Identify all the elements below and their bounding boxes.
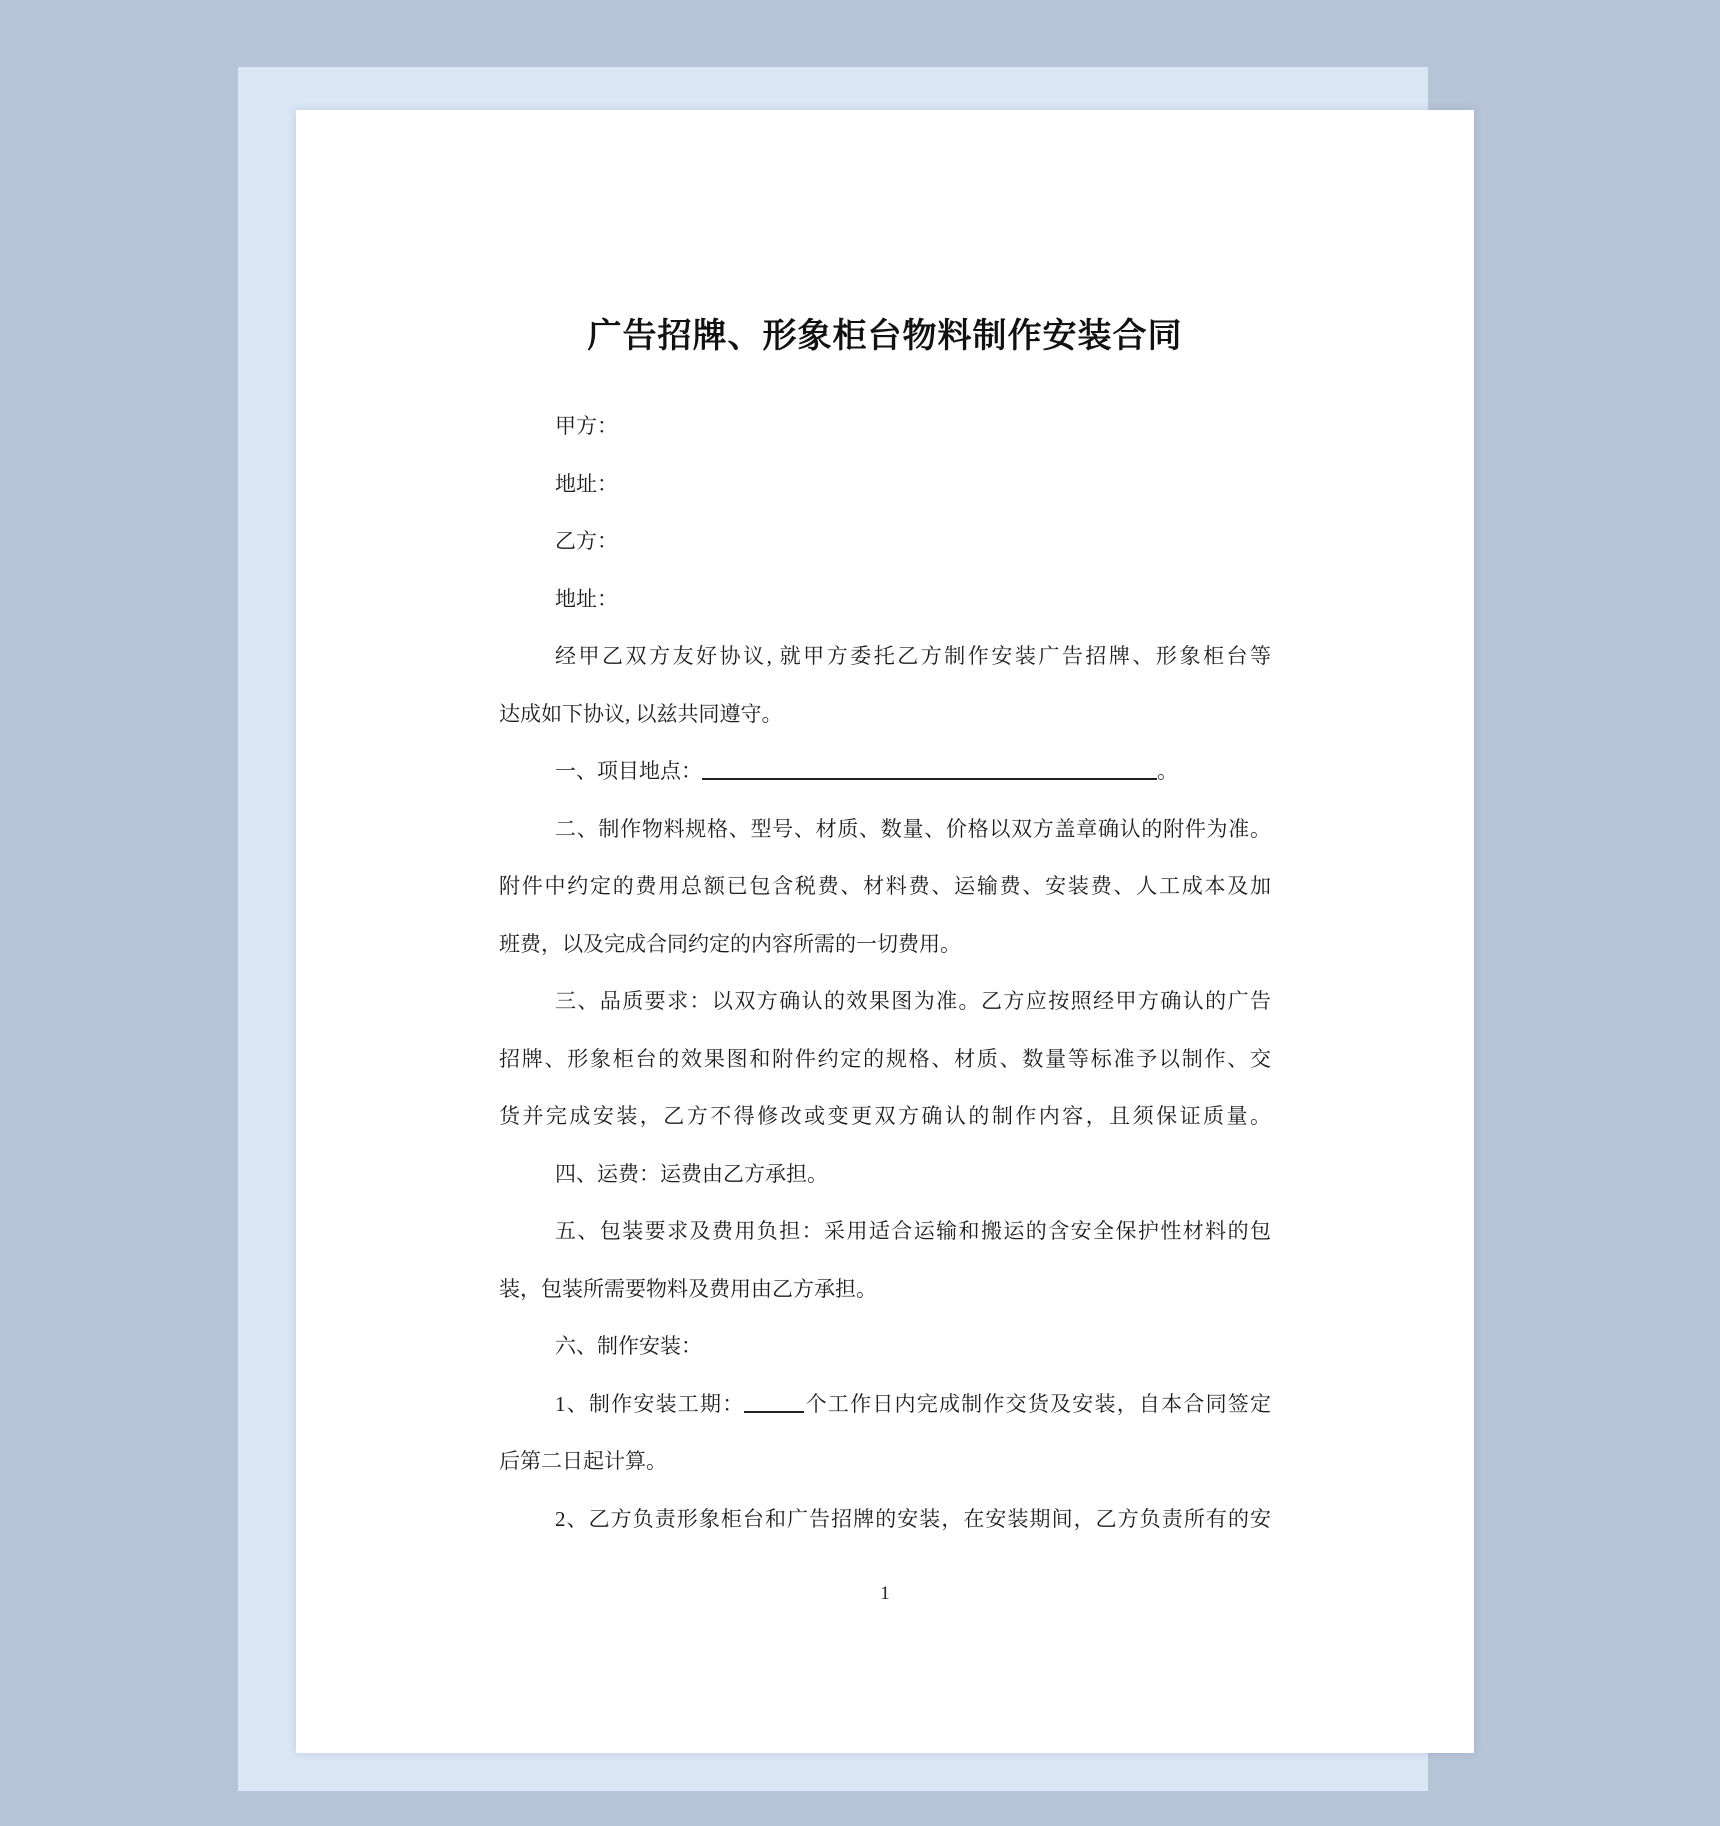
page-number: 1 [296,1580,1474,1608]
document-line: 二、制作物料规格、型号、材质、数量、价格以双方盖章确认的附件为准。 [499,801,1271,859]
document-line: 班费，以及完成合同约定的内容所需的一切费用。 [499,916,1271,974]
document-line: 地址： [499,571,1271,629]
contract-title: 广告招牌、形象柜台物料制作安装合同 [296,312,1474,362]
document-line: 经甲乙双方友好协议, 就甲方委托乙方制作安装广告招牌、形象柜台等 [499,628,1271,686]
document-line: 招牌、形象柜台的效果图和附件约定的规格、材质、数量等标准予以制作、交 [499,1031,1271,1089]
document-line: 装，包装所需要物料及费用由乙方承担。 [499,1261,1271,1319]
document-line: 六、制作安装： [499,1318,1271,1376]
document-line: 甲方： [499,398,1271,456]
document-body: 甲方：地址：乙方：地址：经甲乙双方友好协议, 就甲方委托乙方制作安装广告招牌、形… [296,398,1474,1548]
document-line: 四、运费：运费由乙方承担。 [499,1146,1271,1204]
line-text: 1、制作安装工期： [555,1392,744,1416]
document-line: 三、品质要求：以双方确认的效果图为准。乙方应按照经甲方确认的广告 [499,973,1271,1031]
document-line: 附件中约定的费用总额已包含税费、材料费、运输费、安装费、人工成本及加 [499,858,1271,916]
document-line: 乙方： [499,513,1271,571]
document-line: 2、乙方负责形象柜台和广告招牌的安装，在安装期间，乙方负责所有的安 [499,1491,1271,1549]
document-line: 一、项目地点：。 [499,743,1271,801]
document-line: 地址： [499,456,1271,514]
document-preview-canvas: 广告招牌、形象柜台物料制作安装合同 甲方：地址：乙方：地址：经甲乙双方友好协议,… [0,0,1720,1826]
document-line: 后第二日起计算。 [499,1433,1271,1491]
contract-page: 广告招牌、形象柜台物料制作安装合同 甲方：地址：乙方：地址：经甲乙双方友好协议,… [296,110,1474,1753]
document-line: 1、制作安装工期：个工作日内完成制作交货及安装，自本合同签定 [499,1376,1271,1434]
blank-underline [744,1390,804,1413]
document-line: 五、包装要求及费用负担：采用适合运输和搬运的含安全保护性材料的包 [499,1203,1271,1261]
line-text: 。 [1157,759,1178,783]
document-line: 达成如下协议, 以兹共同遵守。 [499,686,1271,744]
document-line: 货并完成安装，乙方不得修改或变更双方确认的制作内容，且须保证质量。 [499,1088,1271,1146]
line-text: 个工作日内完成制作交货及安装，自本合同签定 [804,1392,1271,1416]
line-text: 一、项目地点： [555,759,702,783]
blank-underline [702,757,1157,780]
